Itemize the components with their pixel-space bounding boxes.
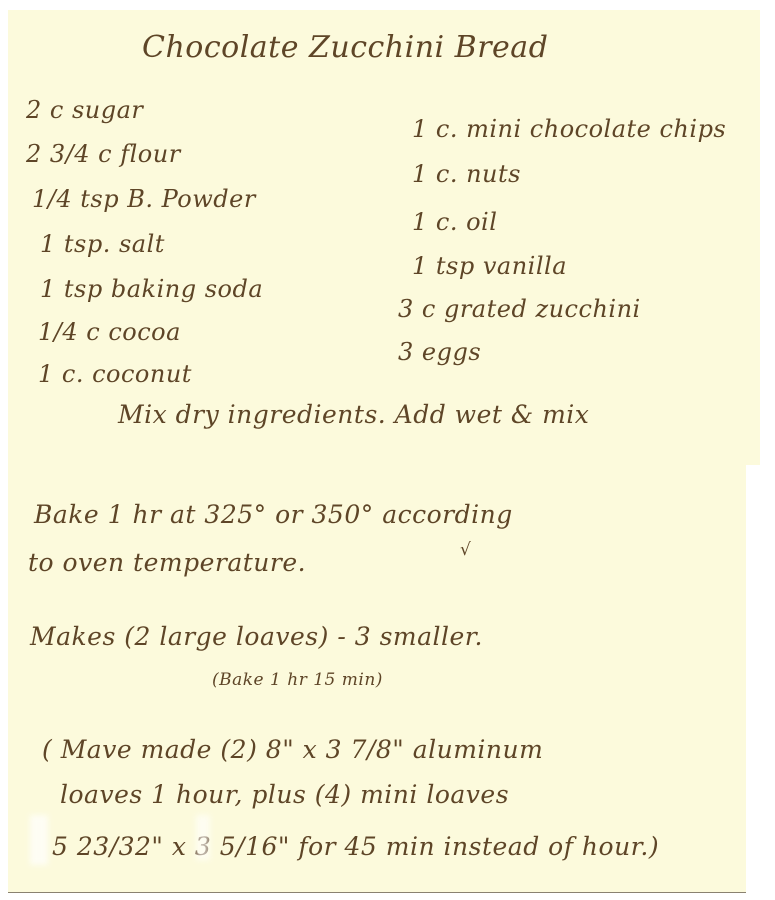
instruction-bake-line2: to oven temperature. <box>28 548 306 577</box>
ingredient-coconut: 1 c. coconut <box>38 360 192 388</box>
ingredient-salt: 1 tsp. salt <box>40 230 165 258</box>
check-mark: √ <box>460 540 471 560</box>
ingredient-oil: 1 c. oil <box>412 208 497 236</box>
ingredient-baking-powder: 1/4 tsp B. Powder <box>32 185 256 213</box>
instruction-mix: Mix dry ingredients. Add wet & mix <box>118 400 589 429</box>
ingredient-vanilla: 1 tsp vanilla <box>412 252 567 280</box>
note-line1: ( Mave made (2) 8" x 3 7/8" aluminum <box>42 735 543 764</box>
note-line3: 5 23/32" x 3 5/16" for 45 min instead of… <box>52 832 659 861</box>
instruction-makes: Makes (2 large loaves) - 3 smaller. <box>30 622 483 651</box>
scan-artifact <box>196 815 210 860</box>
ingredient-cocoa: 1/4 c cocoa <box>38 318 181 346</box>
ingredient-chocolate-chips: 1 c. mini chocolate chips <box>412 115 726 143</box>
ingredient-nuts: 1 c. nuts <box>412 160 521 188</box>
ingredient-zucchini: 3 c grated zucchini <box>398 295 641 323</box>
ingredient-sugar: 2 c sugar <box>26 96 143 124</box>
scan-artifact <box>30 815 48 865</box>
ingredient-flour: 2 3/4 c flour <box>26 140 181 168</box>
instruction-bake-line1: Bake 1 hr at 325° or 350° according <box>34 500 513 529</box>
recipe-title: Chocolate Zucchini Bread <box>142 30 548 65</box>
ingredient-eggs: 3 eggs <box>398 338 481 366</box>
ingredient-baking-soda: 1 tsp baking soda <box>40 275 263 303</box>
instruction-makes-note: (Bake 1 hr 15 min) <box>212 670 383 690</box>
note-line2: loaves 1 hour, plus (4) mini loaves <box>60 780 509 809</box>
